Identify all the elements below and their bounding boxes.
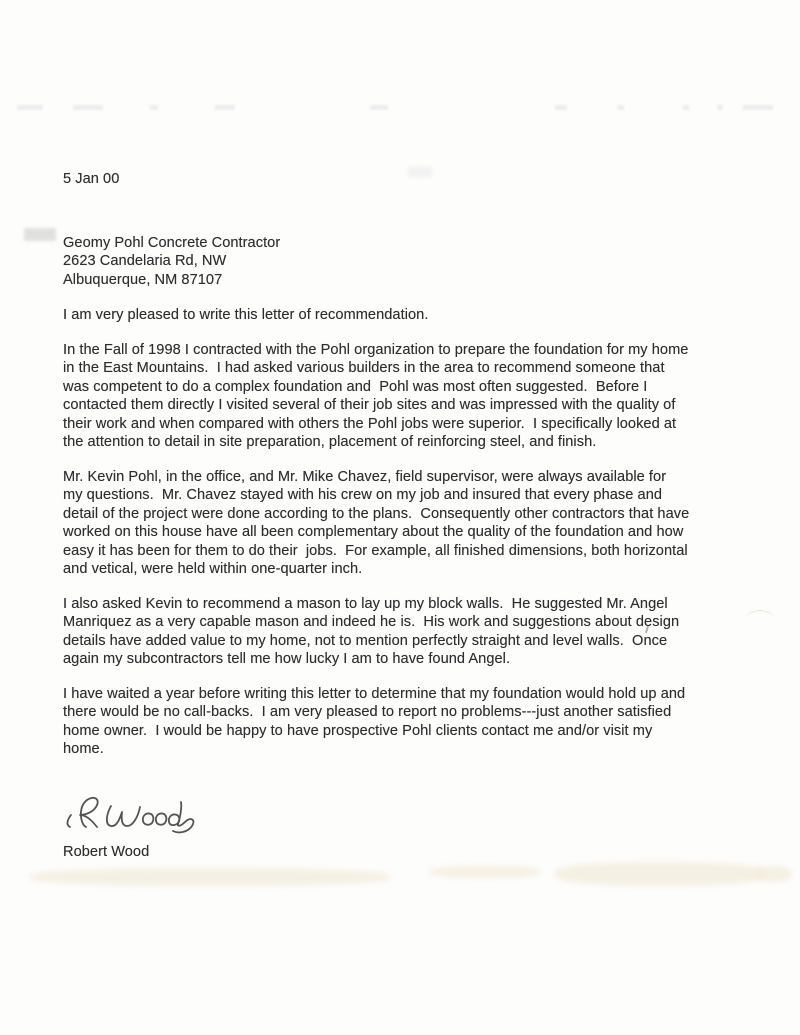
scan-noise-mark	[150, 105, 158, 110]
scan-noise-mark	[743, 105, 773, 110]
scan-noise-mark	[73, 105, 103, 110]
scan-noise-mark	[17, 105, 43, 110]
scan-shadow-band	[752, 866, 792, 882]
signature-block	[65, 793, 787, 841]
scan-shadow-band	[30, 868, 390, 886]
scan-noise-mark	[370, 105, 388, 110]
recipient-name: Geomy Pohl Concrete Contractor	[63, 234, 787, 253]
handwritten-signature-image	[65, 793, 215, 841]
scan-shadow-band	[555, 862, 765, 886]
recipient-street: 2623 Candelaria Rd, NW	[63, 252, 787, 271]
signer-name: Robert Wood	[63, 843, 787, 862]
scan-noise-mark	[617, 105, 624, 110]
paragraph-closing: I have waited a year before writing this…	[63, 685, 787, 759]
paragraph-staff: Mr. Kevin Pohl, in the office, and Mr. M…	[63, 468, 787, 579]
letter-body: 5 Jan 00 Geomy Pohl Concrete Contractor …	[63, 170, 787, 861]
recipient-city-state-zip: Albuquerque, NM 87107	[63, 271, 787, 290]
scanned-letter-page: 5 Jan 00 Geomy Pohl Concrete Contractor …	[0, 0, 800, 1035]
scan-noise-mark	[717, 105, 723, 110]
scan-noise-mark	[555, 105, 567, 110]
letter-date: 5 Jan 00	[63, 170, 787, 189]
recipient-address: Geomy Pohl Concrete Contractor 2623 Cand…	[63, 234, 787, 290]
scan-shadow-band	[430, 866, 540, 878]
scan-noise-mark	[683, 105, 689, 110]
scan-smudge	[24, 228, 56, 241]
paragraph-mason: I also asked Kevin to recommend a mason …	[63, 595, 787, 669]
paragraph-salutation: I am very pleased to write this letter o…	[63, 306, 787, 325]
scan-noise-mark	[215, 105, 235, 110]
paragraph-foundation: In the Fall of 1998 I contracted with th…	[63, 341, 787, 452]
